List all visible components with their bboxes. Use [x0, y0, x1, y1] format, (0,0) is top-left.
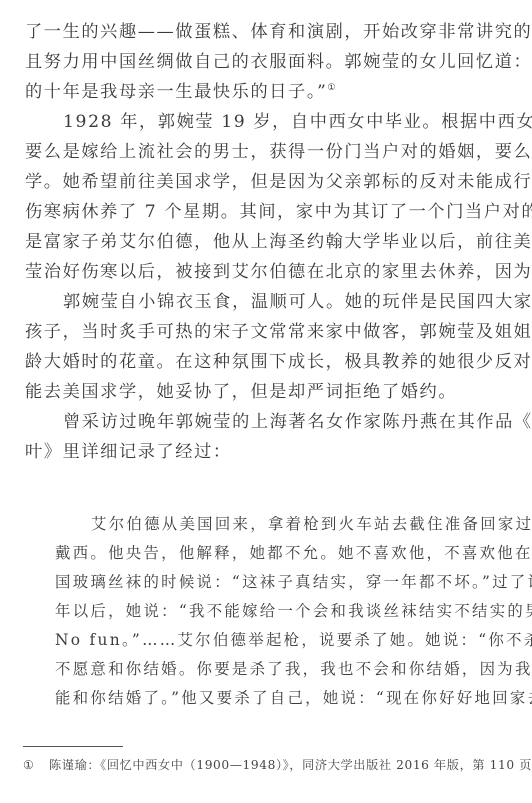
line-text: 艾尔伯德从美国回来，拿着枪到火车站去截住准备回家过冬假的: [91, 515, 532, 533]
quote-line: 不愿意和你结婚。你要是杀了我，我也不会和你结婚，因为我再也不: [55, 655, 473, 684]
block-quote: 艾尔伯德从美国回来，拿着枪到火车站去截住准备回家过冬假的 戴西。他央告，他解释，…: [55, 510, 473, 713]
line-text: 能去美国求学，她妥协了，但是却严词拒绝了婚约。: [25, 382, 457, 402]
paragraph-start: 曾采访过晚年郭婉莹的上海著名女作家陈丹燕在其作品《上海的金枝玉: [25, 407, 487, 437]
quote-line: 国玻璃丝袜的时候说：“这袜子真结实，穿一年都不坏。”过了许多: [55, 568, 473, 597]
quote-line: 艾尔伯德从美国回来，拿着枪到火车站去截住准备回家过冬假的: [55, 510, 473, 539]
quote-line: 戴西。他央告，他解释，她都不允。她不喜欢他，不喜欢他在送她美: [55, 539, 473, 568]
line-text: 1928 年，郭婉莹 19 岁，自中西女中毕业。根据中西女中毕业生的走向，: [63, 112, 532, 132]
paragraph-start: 郭婉莹自小锦衣玉食，温顺可人。她的玩伴是民国四大家族之一宋家的: [25, 287, 487, 317]
line-text: 叶》里详细记录了经过：: [25, 442, 232, 462]
quote-line: No fun。”……艾尔伯德举起枪，说要杀了她。她说：“你不杀我，我: [55, 626, 473, 655]
line-text: 龄大婚时的花童。在这种氛围下成长，极具教养的她很少反对父亲，对于不: [25, 352, 532, 372]
body-line: 且努力用中国丝绸做自己的衣服面料。郭婉莹的女儿回忆道：“在‘中西’: [25, 47, 487, 77]
body-line: 是富家子弟艾尔伯德，他从上海圣约翰大学毕业以后，前往美国留学。郭婉: [25, 227, 487, 257]
line-text: 且努力用中国丝绸做自己的衣服面料。郭婉莹的女儿回忆道：“在‘中西’: [25, 52, 532, 72]
footnote: ①陈谨瑜：《回忆中西女中（1900—1948）》，同济大学出版社 2016 年版…: [23, 756, 493, 774]
body-line: 学。她希望前往美国求学，但是因为父亲郭标的反对未能成行。随后，她因: [25, 167, 487, 197]
paragraph-start: 1928 年，郭婉莹 19 岁，自中西女中毕业。根据中西女中毕业生的走向，: [25, 107, 487, 137]
body-line: 的十年是我母亲一生最快乐的日子。”①: [25, 77, 487, 107]
line-text: 郭婉莹自小锦衣玉食，温顺可人。她的玩伴是民国四大家族之一宋家的: [63, 292, 532, 312]
line-text: 莹治好伤寒以后，被接到艾尔伯德在北京的家里去休养，因为两家是世家。: [25, 262, 532, 282]
footnote-reference[interactable]: ①: [327, 83, 335, 93]
line-text: 不愿意和你结婚。你要是杀了我，我也不会和你结婚，因为我再也不: [55, 660, 532, 678]
line-text: 能和你结婚了。”他又要杀了自己，她说：“现在你好好地回家去，: [55, 689, 532, 707]
document-page: 了一生的兴趣——做蛋糕、体育和演剧，开始改穿非常讲究的中式衣服，而 且努力用中国…: [0, 0, 532, 803]
footnote-separator: [23, 746, 123, 747]
line-text: 要么是嫁给上流社会的男士，获得一份门当户对的婚姻，要么是前往美国留: [25, 142, 532, 162]
body-line: 孩子，当时炙手可热的宋子文常常来家中做客，郭婉莹及姐姐郭安慈是宋美: [25, 317, 487, 347]
footnote-text: 陈谨瑜：《回忆中西女中（1900—1948）》，同济大学出版社 2016 年版，…: [49, 758, 532, 772]
body-line: 龄大婚时的花童。在这种氛围下成长，极具教养的她很少反对父亲，对于不: [25, 347, 487, 377]
line-text: 学。她希望前往美国求学，但是因为父亲郭标的反对未能成行。随后，她因: [25, 172, 532, 192]
line-text: 戴西。他央告，他解释，她都不允。她不喜欢他，不喜欢他在送她美: [55, 544, 532, 562]
line-text: 的十年是我母亲一生最快乐的日子。”: [25, 82, 327, 102]
quote-line: 能和你结婚了。”他又要杀了自己，她说：“现在你好好地回家去，: [55, 684, 473, 713]
line-text: No fun。”……艾尔伯德举起枪，说要杀了她。她说：“你不杀我，我: [55, 631, 532, 649]
line-text: 了一生的兴趣——做蛋糕、体育和演剧，开始改穿非常讲究的中式衣服，而: [25, 22, 532, 42]
line-text: 曾采访过晚年郭婉莹的上海著名女作家陈丹燕在其作品《上海的金枝玉: [63, 412, 532, 432]
body-line: 能去美国求学，她妥协了，但是却严词拒绝了婚约。: [25, 377, 487, 407]
body-line: 伤寒病休养了 7 个星期。其间，家中为其订了一个门当户对的婚事，未婚夫: [25, 197, 487, 227]
footnote-marker: ①: [23, 756, 49, 774]
body-line: 了一生的兴趣——做蛋糕、体育和演剧，开始改穿非常讲究的中式衣服，而: [25, 17, 487, 47]
line-text: 是富家子弟艾尔伯德，他从上海圣约翰大学毕业以后，前往美国留学。郭婉: [25, 232, 532, 252]
body-text: 了一生的兴趣——做蛋糕、体育和演剧，开始改穿非常讲究的中式衣服，而 且努力用中国…: [25, 17, 487, 467]
body-line: 要么是嫁给上流社会的男士，获得一份门当户对的婚姻，要么是前往美国留: [25, 137, 487, 167]
quote-line: 年以后，她说：“我不能嫁给一个会和我谈丝袜结实不结实的男人。: [55, 597, 473, 626]
line-text: 孩子，当时炙手可热的宋子文常常来家中做客，郭婉莹及姐姐郭安慈是宋美: [25, 322, 532, 342]
line-text: 伤寒病休养了 7 个星期。其间，家中为其订了一个门当户对的婚事，未婚夫: [25, 202, 532, 222]
body-line: 莹治好伤寒以后，被接到艾尔伯德在北京的家里去休养，因为两家是世家。: [25, 257, 487, 287]
line-text: 国玻璃丝袜的时候说：“这袜子真结实，穿一年都不坏。”过了许多: [55, 573, 532, 591]
body-line: 叶》里详细记录了经过：: [25, 437, 487, 467]
line-text: 年以后，她说：“我不能嫁给一个会和我谈丝袜结实不结实的男人。: [55, 602, 532, 620]
